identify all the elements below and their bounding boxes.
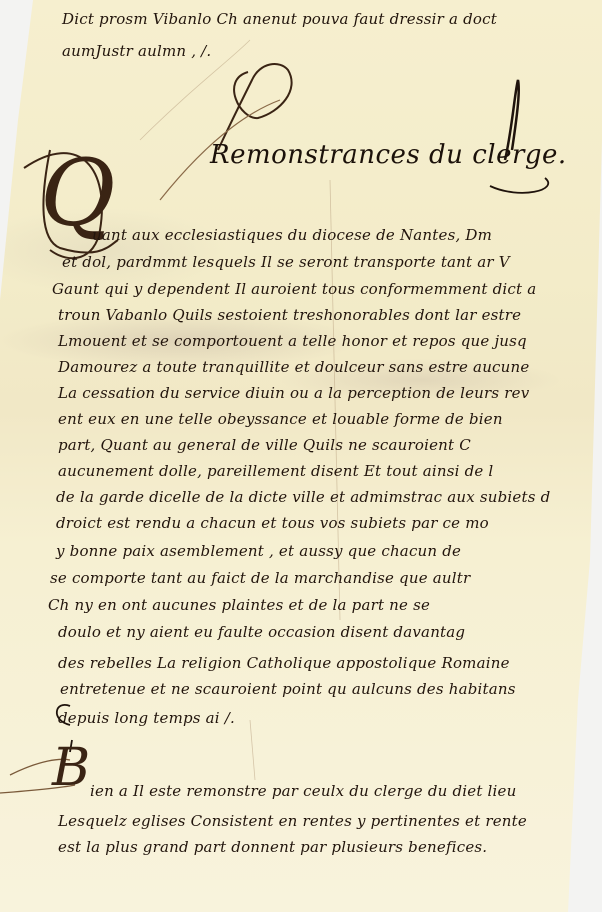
paragraph-line: ent eux en une telle obeyssance et louab… — [58, 410, 503, 428]
paragraph-line: Lmouent et se comportouent a telle honor… — [58, 332, 527, 350]
paragraph-line: doulo et ny aient eu faulte occasion dis… — [58, 623, 465, 641]
continuation-line: aumJustr aulmn , /. — [62, 42, 211, 60]
paragraph-line: part, Quant au general de ville Quils ne… — [58, 436, 471, 454]
paragraph-line: entretenue et ne scauroient point qu aul… — [60, 680, 516, 698]
paragraph-line: depuis long temps ai /. — [58, 709, 235, 727]
paragraph-line: Damourez a toute tranquillite et doulceu… — [58, 358, 529, 376]
paragraph-line: y bonne paix asemblement , et aussy que … — [56, 542, 461, 560]
paragraph-line: et dol, pardmmt lesquels Il se seront tr… — [62, 253, 510, 271]
section-heading: Remonstrances du clerge. — [210, 140, 567, 170]
paragraph-line: est la plus grand part donnent par plusi… — [58, 838, 487, 856]
paragraph-line: se comporte tant au faict de la marchand… — [50, 569, 470, 587]
paragraph-line: droict est rendu a chacun et tous vos su… — [56, 514, 489, 532]
paragraph-line: La cessation du service diuin ou a la pe… — [58, 384, 529, 402]
paragraph-line: troun Vabanlo Quils sestoient treshonora… — [58, 306, 521, 324]
paragraph-line: de la garde dicelle de la dicte ville et… — [56, 488, 550, 506]
continuation-line: Dict prosm Vibanlo Ch anenut pouva faut … — [62, 10, 497, 28]
paragraph-line: Lesquelz eglises Consistent en rentes y … — [58, 812, 527, 830]
paragraph-line: Ch ny en ont aucunes plaintes et de la p… — [48, 596, 430, 614]
paragraph-line: Gaunt qui y dependent Il auroient tous c… — [52, 280, 536, 298]
paragraph-line: uant aux ecclesiastiques du diocese de N… — [92, 226, 492, 244]
paragraph-line: des rebelles La religion Catholique appo… — [58, 654, 510, 672]
paragraph-line: ien a Il este remonstre par ceulx du cle… — [90, 782, 516, 800]
paragraph-line: aucunement dolle, pareillement disent Et… — [58, 462, 493, 480]
drop-cap-b: B — [52, 742, 90, 794]
manuscript-page — [0, 0, 602, 912]
